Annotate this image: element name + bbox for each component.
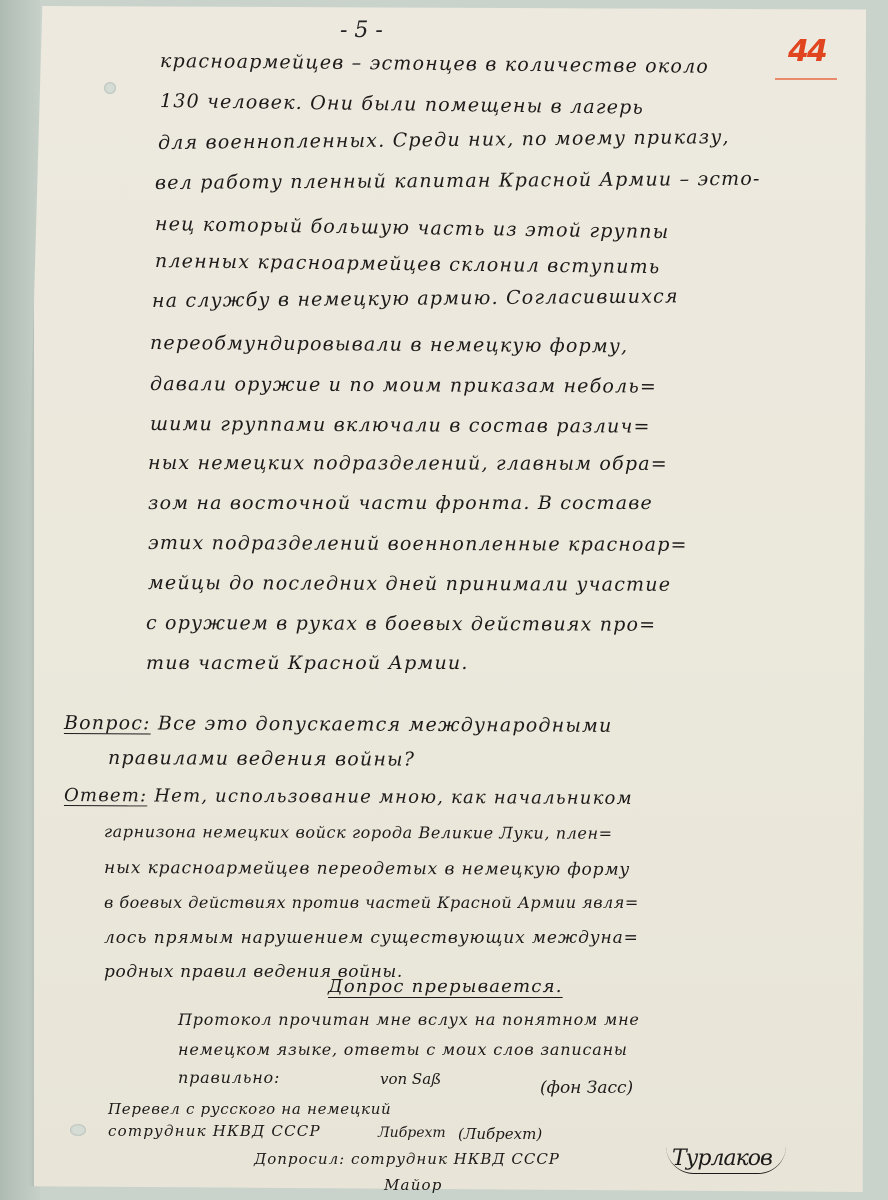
statement-line-3: правильно: — [178, 1068, 280, 1087]
answer-line-1: Ответ: Нет, использование мною, как нача… — [64, 785, 633, 809]
punch-hole-top — [104, 82, 116, 94]
interrogator-rank: Майор — [384, 1176, 443, 1194]
answer-line-3: ных красноармейцев переодетых в немецкую… — [104, 858, 630, 880]
punch-hole-bottom — [70, 1124, 86, 1136]
answer-label: Ответ: — [64, 785, 147, 806]
statement-line-1: Протокол прочитан мне вслух на понятном … — [178, 1010, 640, 1029]
translator-name: (Либрехт) — [458, 1125, 542, 1143]
statement-line-2: немецком языке, ответы с моих слов запис… — [178, 1040, 628, 1059]
body-line-9: давали оружие и по моим приказам неболь= — [150, 373, 657, 398]
question-line-1: Вопрос: Все это допускается международны… — [64, 712, 613, 737]
archive-folio-number: 44 — [788, 34, 826, 69]
folio-underline — [775, 78, 837, 80]
answer-line-4: в боевых действиях против частей Красной… — [104, 893, 639, 912]
interrogator-line: Допросил: сотрудник НКВД СССР — [254, 1150, 560, 1168]
answer-line-5: лось прямым нарушением существующих межд… — [104, 928, 639, 948]
body-line-10: шими группами включали в состав различ= — [150, 413, 651, 438]
interrogation-interrupted-title: Допрос прерывается. — [328, 976, 563, 997]
question-line-2: правилами ведения войны? — [108, 747, 415, 771]
accused-signature: von Saß — [380, 1070, 441, 1088]
question-text-1: Все это допускается международными — [158, 712, 613, 736]
accused-name: (фон Засс) — [540, 1078, 633, 1098]
question-label: Вопрос: — [64, 712, 151, 734]
page-number: - 5 - — [340, 18, 383, 43]
translator-line-1: Перевел с русского на немецкий — [108, 1100, 391, 1118]
body-line-7: на службу в немецкую армию. Согласившихс… — [152, 285, 679, 312]
body-line-12: зом на восточной части фронта. В составе — [148, 492, 653, 514]
answer-text-1: Нет, использование мною, как начальником — [154, 785, 633, 809]
answer-line-2: гарнизона немецких войск города Великие … — [104, 822, 613, 843]
body-line-15: с оружием в руках в боевых действиях про… — [146, 612, 656, 636]
translator-line-2: сотрудник НКВД СССР — [108, 1122, 321, 1140]
body-line-13: этих подразделений военнопленные красноа… — [148, 532, 688, 556]
body-line-8: переобмундировывали в немецкую форму, — [150, 332, 628, 357]
translator-signature: Либрехт — [378, 1125, 446, 1141]
body-line-14: мейцы до последних дней принимали участи… — [148, 572, 671, 596]
interrogator-signature: Турлаков — [666, 1146, 786, 1174]
body-line-11: ных немецких подразделений, главным обра… — [148, 452, 668, 475]
body-line-16: тив частей Красной Армии. — [146, 652, 469, 674]
body-line-4: вел работу пленный капитан Красной Армии… — [155, 168, 761, 194]
